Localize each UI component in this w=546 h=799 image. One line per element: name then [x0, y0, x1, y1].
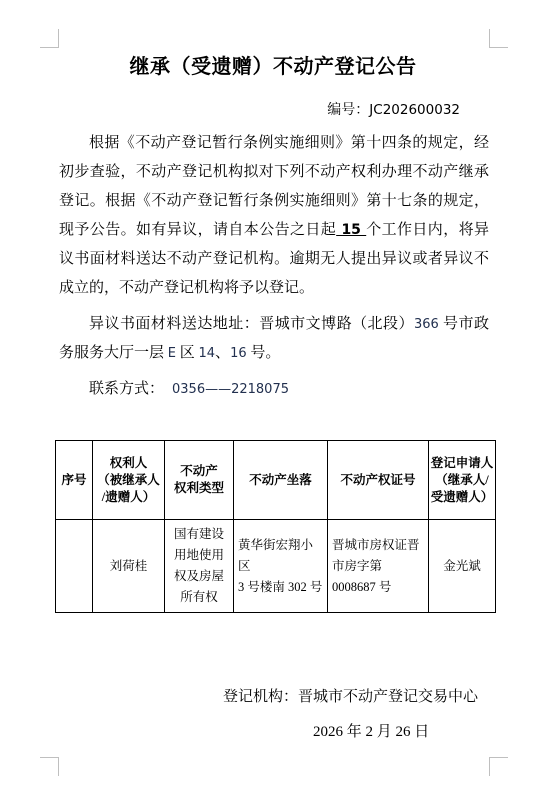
address-street-number: 366 [414, 317, 439, 332]
header-owner: 权利人 （被继承人 /遗赠人） [93, 441, 165, 520]
header-cert-no: 不动产权证号 [328, 441, 429, 520]
contact-phone-number: 0356——2218075 [172, 382, 289, 397]
doc-number-line: 编号：JC202600032 [0, 99, 546, 119]
address-window-number-2: 16 [230, 346, 247, 361]
cell-right-type: 国有建设用地使用权及房屋所有权 [165, 520, 234, 613]
address-text-4: 、 [215, 345, 230, 361]
notice-document-page: 继承（受遗赠）不动产登记公告 编号：JC202600032 根据《不动产登记暂行… [0, 0, 546, 799]
address-window-number-1: 14 [199, 346, 216, 361]
notice-footer: 登记机构：晋城市不动产登记交易中心 2026 年 2 月 26 日 [0, 685, 546, 741]
address-text-1: 异议书面材料送达地址：晋城市文博路（北段） [89, 316, 414, 332]
doc-number-value: JC202600032 [369, 102, 460, 118]
margin-crop-mark-bottom-left [40, 757, 59, 776]
margin-crop-mark-bottom-right [489, 757, 508, 776]
cell-owner: 刘荷桂 [93, 520, 165, 613]
contact-label: 联系方式： [89, 381, 164, 397]
margin-crop-mark-top-right [489, 29, 508, 48]
header-location: 不动产坐落 [234, 441, 328, 520]
registration-org-line: 登记机构：晋城市不动产登记交易中心 [0, 685, 546, 706]
paragraph-delivery-address: 异议书面材料送达地址：晋城市文博路（北段）366 号市政务服务大厅一层 E 区 … [59, 310, 489, 368]
doc-number-label: 编号： [327, 103, 369, 118]
table-row: 刘荷桂 国有建设用地使用权及房屋所有权 黄华街宏翔小区 3 号楼南 302 号 … [56, 520, 496, 613]
notice-body: 根据《不动产登记暂行条例实施细则》第十四条的规定，经初步查验，不动产登记机构拟对… [59, 129, 489, 404]
registration-table: 序号 权利人 （被继承人 /遗赠人） 不动产 权利类型 不动产坐落 不动产权证号… [55, 440, 496, 613]
address-text-5: 号。 [247, 345, 281, 361]
objection-days-value: 15 [336, 222, 366, 238]
margin-crop-mark-top-left [40, 29, 59, 48]
address-text-3: 区 [176, 345, 199, 361]
paragraph-contact: 联系方式：0356——2218075 [59, 375, 489, 404]
header-right-type: 不动产 权利类型 [165, 441, 234, 520]
cell-cert-no: 晋城市房权证晋 市房字第 0008687 号 [328, 520, 429, 613]
cell-seq [56, 520, 93, 613]
cell-location: 黄华街宏翔小区 3 号楼南 302 号 [234, 520, 328, 613]
notice-title: 继承（受遗赠）不动产登记公告 [0, 0, 546, 79]
cell-applicant: 金光斌 [429, 520, 496, 613]
address-zone-letter: E [168, 346, 176, 361]
header-seq: 序号 [56, 441, 93, 520]
table-header-row: 序号 权利人 （被继承人 /遗赠人） 不动产 权利类型 不动产坐落 不动产权证号… [56, 441, 496, 520]
notice-date-line: 2026 年 2 月 26 日 [0, 720, 546, 741]
header-applicant: 登记申请人 （继承人/ 受遗赠人） [429, 441, 496, 520]
paragraph-legal-basis: 根据《不动产登记暂行条例实施细则》第十四条的规定，经初步查验，不动产登记机构拟对… [59, 129, 489, 303]
